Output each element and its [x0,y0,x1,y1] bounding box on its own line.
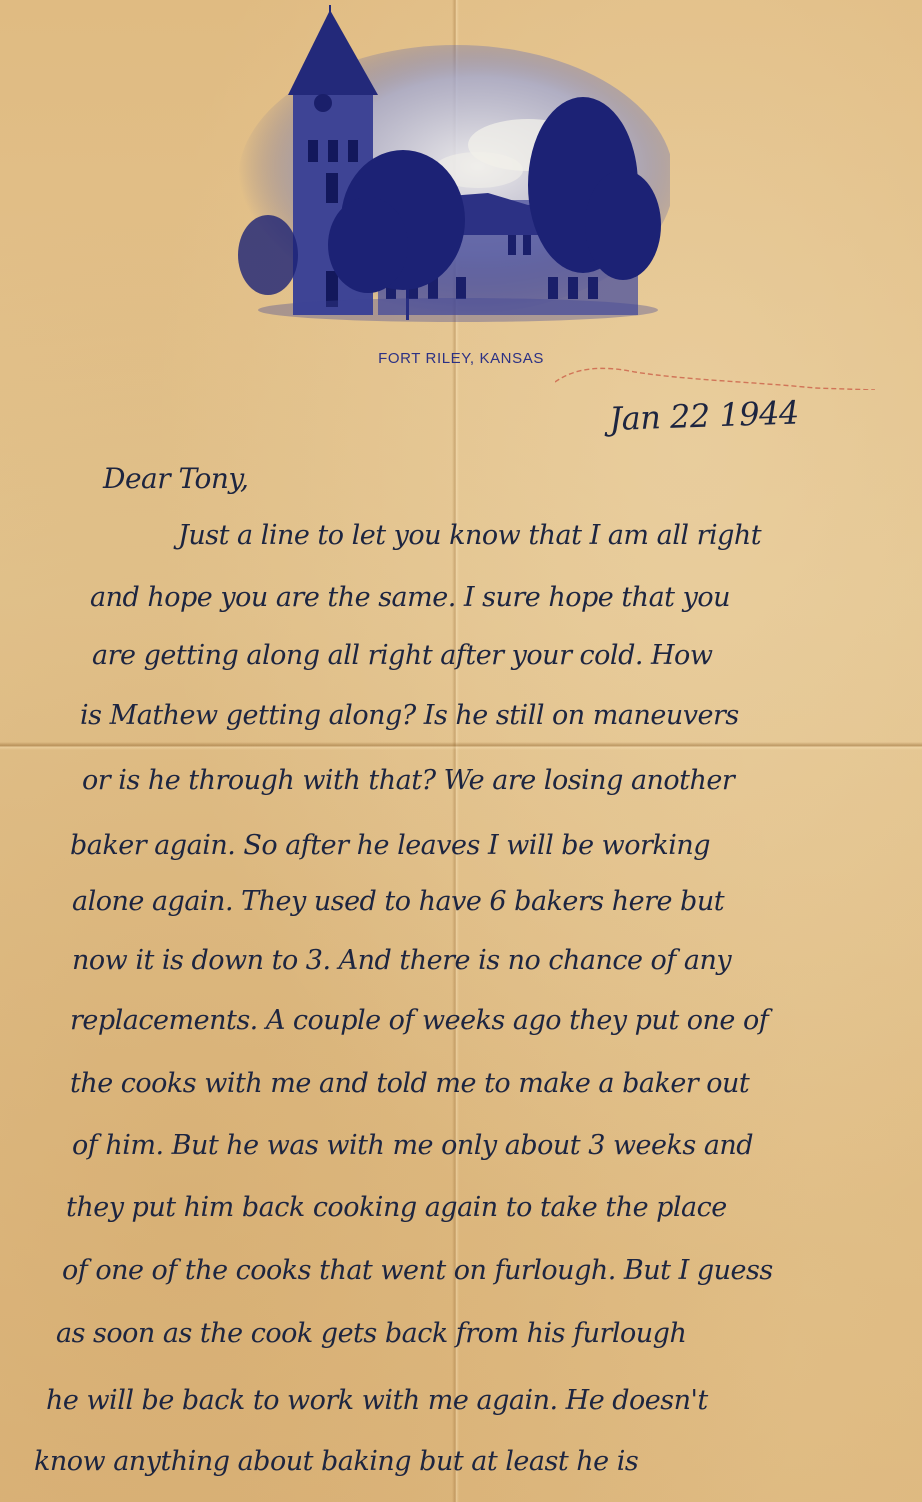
letter-line: baker again. So after he leaves I will b… [70,830,710,861]
letter-line: alone again. They used to have 6 bakers … [72,886,724,917]
letter-line: replacements. A couple of weeks ago they… [70,1005,768,1036]
letter-line: Just a line to let you know that I am al… [178,520,761,551]
red-ink-mark [555,360,875,390]
letter-line: now it is down to 3. And there is no cha… [72,945,731,976]
letterhead-vignette [228,5,670,340]
letter-line: as soon as the cook gets back from his f… [56,1318,686,1349]
letter-line: of one of the cooks that went on furloug… [62,1255,773,1286]
letter-line: of him. But he was with me only about 3 … [72,1130,753,1161]
letter-salutation: Dear Tony, [103,462,248,495]
letter-line: the cooks with me and told me to make a … [70,1068,749,1099]
letter-date: Jan 22 1944 [609,393,800,438]
horizontal-fold-crease [0,742,922,750]
letter-line: they put him back cooking again to take … [66,1192,727,1223]
letter-line: he will be back to work with me again. H… [46,1385,708,1416]
letter-line: or is he through with that? We are losin… [82,765,734,796]
letter-page: FORT RILEY, KANSAS Jan 22 1944 Dear Tony… [0,0,922,1502]
letter-line: is Mathew getting along? Is he still on … [80,700,739,731]
letter-line: know anything about baking but at least … [34,1446,638,1477]
letter-line: are getting along all right after your c… [92,640,712,671]
letter-line: and hope you are the same. I sure hope t… [90,582,730,613]
